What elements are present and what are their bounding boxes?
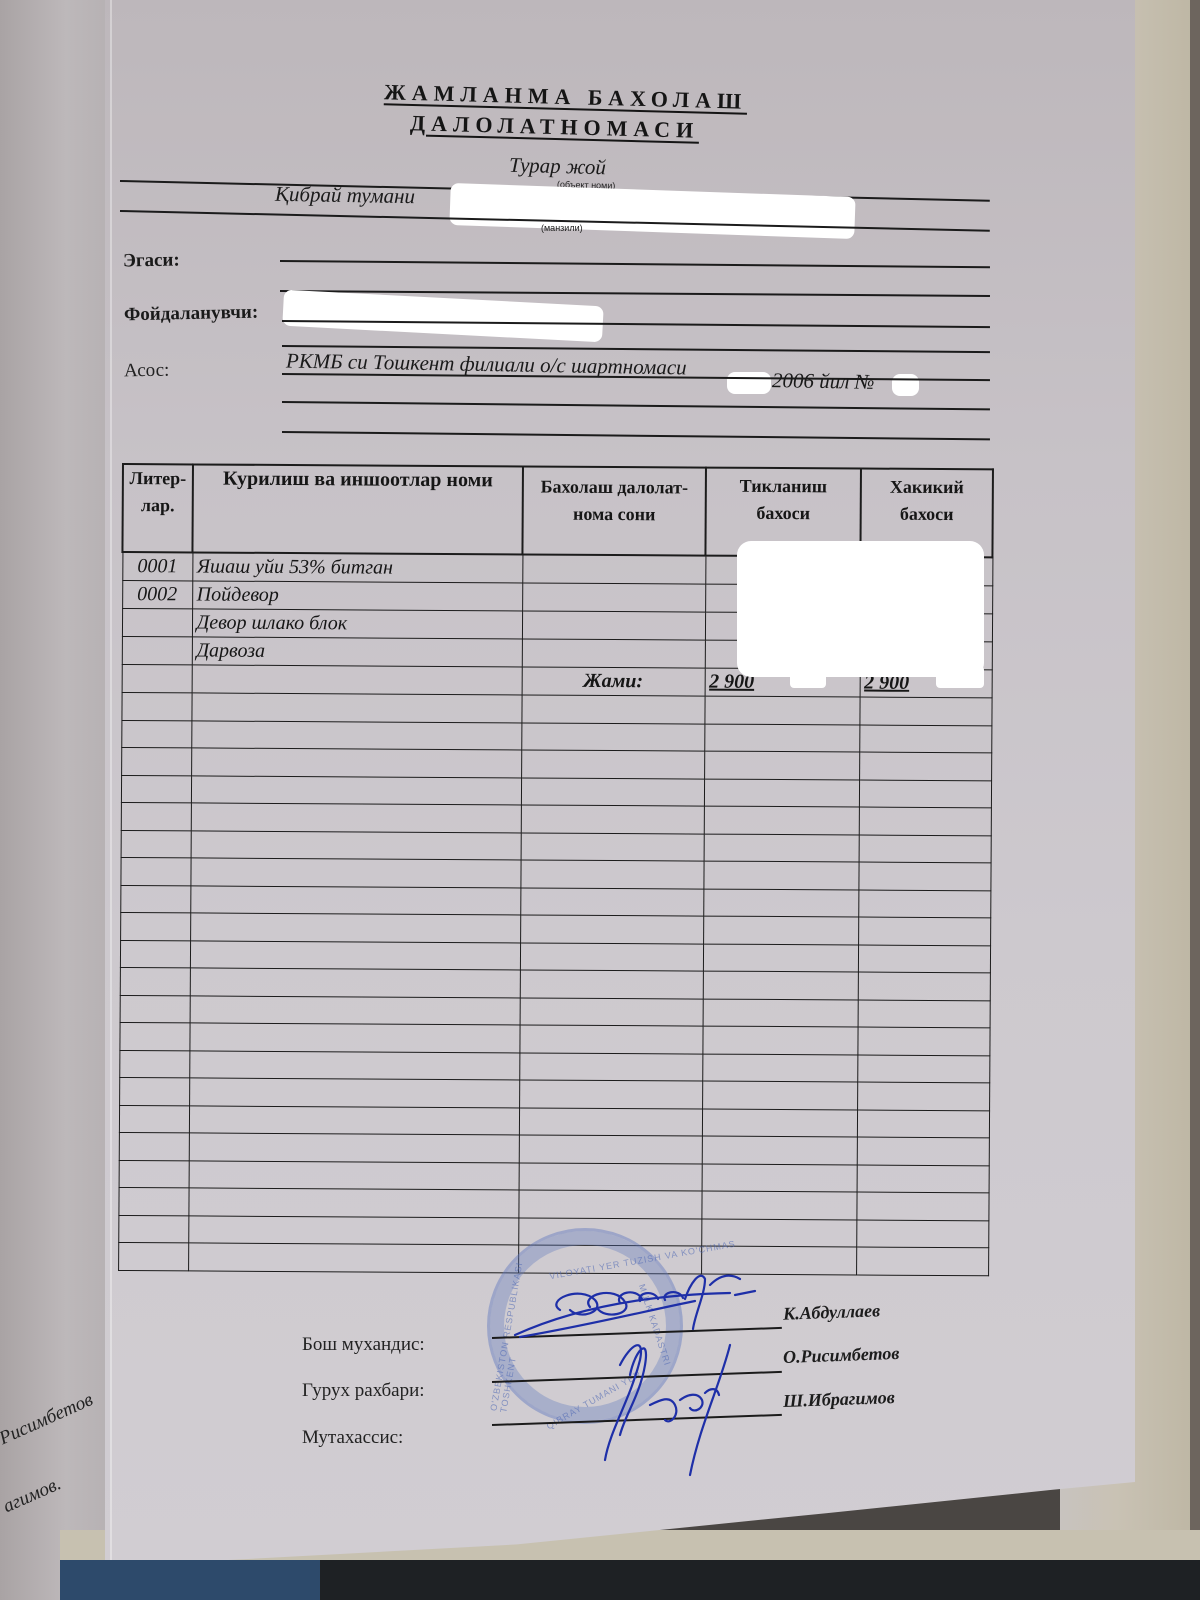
cell-liter: [122, 637, 192, 665]
cell-act-count: [522, 583, 705, 612]
blank-cell: [520, 942, 703, 971]
blank-cell: [519, 1052, 702, 1081]
blank-cell: [857, 1082, 989, 1110]
blank-cell: [189, 1050, 519, 1080]
total-redaction-1: [790, 666, 826, 688]
blank-cell: [703, 971, 858, 999]
blank-cell: [702, 1026, 857, 1054]
blank-cell: [702, 1081, 857, 1109]
blank-cell: [121, 802, 191, 830]
blank-cell: [118, 1187, 188, 1215]
address-value: Қибрай тумани: [275, 182, 415, 209]
blank-cell: [857, 1165, 989, 1193]
basis-date-redaction: [727, 372, 771, 394]
blank-cell: [857, 1055, 989, 1083]
blank-cell: [859, 835, 991, 863]
blank-cell: [703, 861, 858, 889]
blank-cell: [521, 722, 704, 751]
blank-cell: [120, 967, 190, 995]
blank-cell: [190, 858, 520, 888]
blank-cell: [189, 1105, 519, 1135]
blank-cell: [519, 1025, 702, 1054]
blank-cell: [704, 724, 859, 752]
blank-cell: [859, 780, 991, 808]
total-redaction-2: [936, 666, 984, 688]
blank-cell: [521, 832, 704, 861]
blank-cell: [703, 999, 858, 1027]
blank-cell: [859, 752, 991, 780]
blank-cell: [858, 972, 990, 1000]
blank-cell: [857, 1110, 989, 1138]
signature-name-2: О.Рисимбетов: [783, 1343, 900, 1368]
blank-cell: [188, 1243, 518, 1273]
blank-cell: [188, 1188, 518, 1218]
blank-cell: [858, 917, 990, 945]
blank-cell: [191, 693, 521, 723]
blank-cell: [191, 830, 521, 860]
blank-cell: [120, 940, 190, 968]
blank-cell: [121, 720, 191, 748]
cell-name: [192, 665, 522, 695]
blank-cell: [121, 830, 191, 858]
blank-cell: [521, 750, 704, 779]
blank-cell: [190, 885, 520, 915]
blank-cell: [519, 1135, 702, 1164]
basis-label: Асос:: [124, 360, 170, 383]
cost-values-redaction: [737, 541, 984, 677]
blank-cell: [119, 1022, 189, 1050]
cell-name: Девор шлако блок: [192, 609, 522, 639]
blank-cell: [519, 1162, 702, 1191]
blank-cell: [118, 1242, 188, 1270]
basis-value-part-2: 2006 йил №: [772, 368, 875, 395]
cell-act-count: [522, 611, 705, 640]
blank-cell: [704, 751, 859, 779]
blank-cell: [701, 1191, 856, 1219]
blank-cell: [704, 806, 859, 834]
blank-cell: [120, 995, 190, 1023]
blank-cell: [120, 857, 190, 885]
blank-cell: [191, 775, 521, 805]
signature-role-specialist: Мутахассис:: [302, 1427, 403, 1449]
header-building-name: Курилиш ва иншоотлар номи: [192, 464, 523, 554]
blank-cell: [521, 695, 704, 724]
cell-act-count: [522, 639, 705, 668]
blank-cell: [859, 725, 991, 753]
cell-act-count: [522, 554, 705, 584]
blank-cell: [121, 693, 191, 721]
blank-cell: [857, 1027, 989, 1055]
blank-cell: [520, 915, 703, 944]
blank-cell: [859, 697, 991, 725]
user-label: Фойдаланувчи:: [124, 302, 259, 327]
blank-cell: [120, 885, 190, 913]
header-act-count: Бахолаш далолат-нома сони: [522, 466, 706, 555]
blank-cell: [191, 720, 521, 750]
blank-cell: [121, 748, 191, 776]
blank-cell: [859, 807, 991, 835]
blank-cell: [704, 834, 859, 862]
blank-cell: [189, 1160, 519, 1190]
blank-cell: [702, 1054, 857, 1082]
blank-cell: [703, 944, 858, 972]
background-dark: [320, 1560, 1200, 1600]
blank-cell: [119, 1160, 189, 1188]
blank-cell: [188, 1215, 518, 1245]
blank-cell: [858, 890, 990, 918]
header-liter: Литер-лар.: [122, 464, 193, 552]
left-page-background: [0, 0, 110, 1600]
blank-cell: [191, 803, 521, 833]
blank-cell: [703, 889, 858, 917]
blank-cell: [703, 916, 858, 944]
blank-cell: [121, 775, 191, 803]
background-surface: [1190, 0, 1200, 1600]
blank-cell: [118, 1215, 188, 1243]
blank-cell: [857, 1137, 989, 1165]
blank-cell: [704, 696, 859, 724]
address-caption: (манзили): [541, 223, 583, 233]
cell-name: Яшаш уйи 53% битган: [192, 552, 522, 583]
blank-cell: [702, 1109, 857, 1137]
blank-cell: [856, 1220, 988, 1248]
blank-cell: [189, 1133, 519, 1163]
blank-cell: [521, 805, 704, 834]
blank-cell: [189, 1023, 519, 1053]
blank-cell: [119, 1132, 189, 1160]
blank-cell: [858, 862, 990, 890]
cell-name: Пойдевор: [192, 581, 522, 611]
blank-cell: [119, 1050, 189, 1078]
blank-cell: [518, 1190, 701, 1219]
cell-liter: 0001: [122, 552, 192, 581]
signature-role-chief-engineer: Бош мухандис:: [302, 1334, 425, 1356]
blank-cell: [858, 1000, 990, 1028]
blank-cell: [119, 1105, 189, 1133]
owner-label: Эгаси:: [123, 250, 180, 273]
cell-liter: [122, 665, 192, 693]
blank-cell: [520, 970, 703, 999]
blank-cell: [520, 997, 703, 1026]
blank-cell: [189, 1078, 519, 1108]
blank-cell: [856, 1247, 988, 1275]
basis-number-redaction: [892, 374, 919, 396]
total-label: Жами:: [522, 667, 705, 696]
blank-cell: [190, 913, 520, 943]
blank-cell: [120, 912, 190, 940]
blank-cell: [191, 748, 521, 778]
cell-name: Дарвоза: [192, 637, 522, 667]
blank-cell: [119, 1077, 189, 1105]
blank-cell: [856, 1192, 988, 1220]
blank-cell: [702, 1136, 857, 1164]
blank-cell: [704, 779, 859, 807]
page-fold: [110, 0, 112, 1560]
object-name-value: Турар жой: [509, 153, 607, 181]
blank-cell: [190, 940, 520, 970]
blank-cell: [702, 1164, 857, 1192]
blank-cell: [190, 995, 520, 1025]
blank-cell: [858, 945, 990, 973]
blank-cell: [519, 1107, 702, 1136]
blank-cell: [520, 860, 703, 889]
cell-liter: [122, 609, 192, 637]
blank-cell: [519, 1080, 702, 1109]
blank-cell: [521, 777, 704, 806]
cell-liter: 0002: [122, 581, 192, 609]
signature-role-group-lead: Гурух рахбари:: [302, 1380, 425, 1402]
handwritten-signatures: [480, 1265, 800, 1495]
blank-cell: [190, 968, 520, 998]
blank-cell: [520, 887, 703, 916]
